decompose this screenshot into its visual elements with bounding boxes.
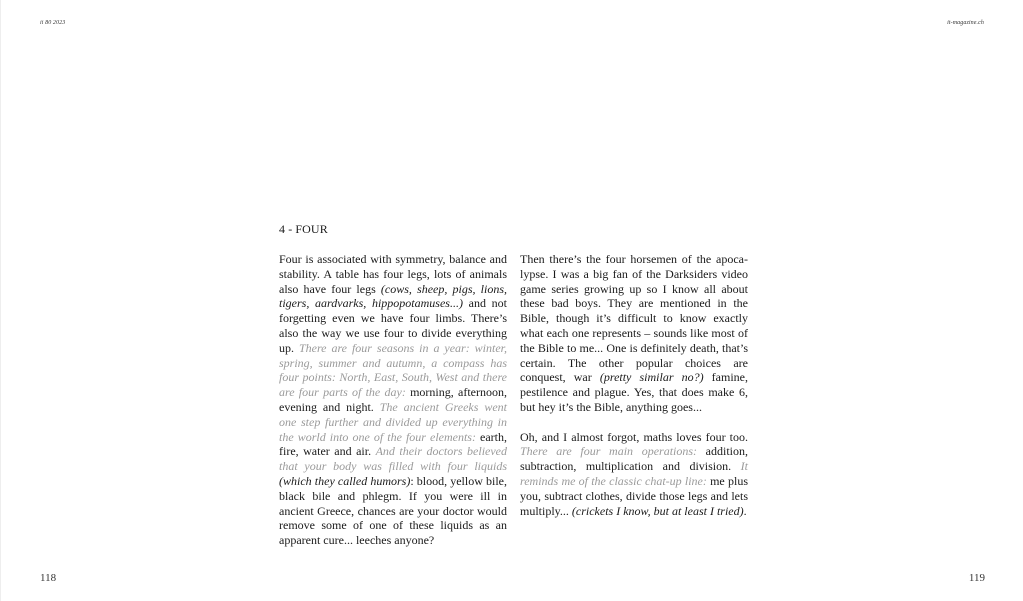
magazine-website: it-magazine.ch bbox=[947, 20, 984, 26]
horsemen-paragraph: Then there’s the four horsemen of the ap… bbox=[520, 252, 748, 415]
left-page-number: 118 bbox=[40, 572, 56, 584]
magazine-spread: ii 80 2023 it-magazine.ch 4 - FOUR Four … bbox=[1, 0, 1023, 601]
gray-italic-aside: There are four main operations: bbox=[520, 444, 697, 458]
italic-aside: (crickets I know, but at least I tried) bbox=[572, 504, 744, 518]
text-segment: . bbox=[744, 504, 747, 518]
left-paragraph: Four is associated with symmetry, balanc… bbox=[279, 252, 507, 548]
left-text-column: Four is associated with symmetry, balanc… bbox=[279, 252, 507, 563]
text-segment: Then there’s the four horsemen of the ap… bbox=[520, 252, 748, 384]
italic-aside: (pretty similar no?) bbox=[600, 370, 704, 384]
italic-aside: (which they called humors) bbox=[279, 474, 410, 488]
maths-paragraph: Oh, and I almost forgot, maths loves fou… bbox=[520, 430, 748, 519]
issue-label: ii 80 2023 bbox=[40, 20, 65, 26]
text-segment: Oh, and I almost forgot, maths loves fou… bbox=[520, 430, 748, 444]
right-text-column: Then there’s the four horsemen of the ap… bbox=[520, 252, 748, 533]
section-title: 4 - FOUR bbox=[279, 222, 328, 237]
right-page-number: 119 bbox=[969, 572, 985, 584]
